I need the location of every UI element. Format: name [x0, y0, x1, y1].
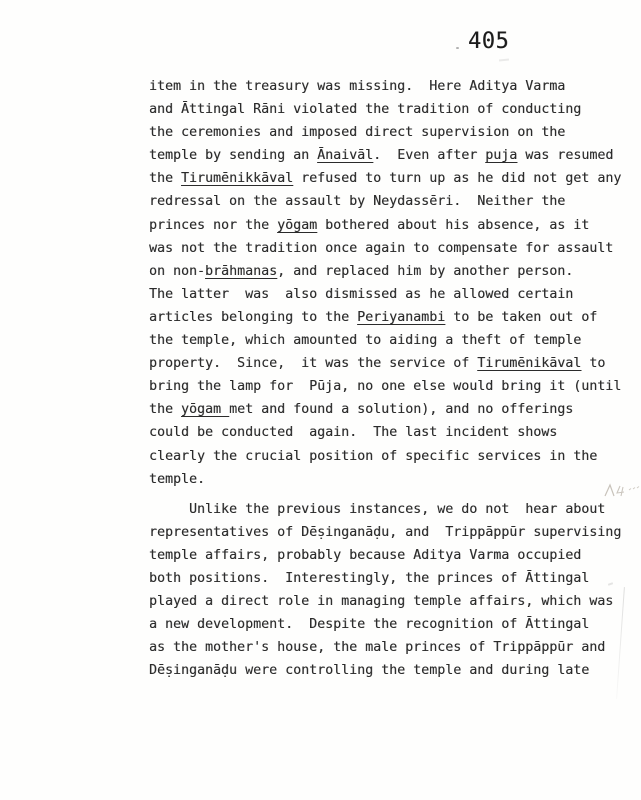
text-line: on non-brāhmanas, and replaced him by an…: [149, 260, 629, 283]
text-segment: The latter was also dismissed as he allo…: [149, 287, 573, 302]
typed-text: item in the treasury was missing. Here A…: [149, 75, 629, 682]
text-line: clearly the crucial position of specific…: [149, 445, 629, 468]
text-segment: the: [149, 171, 181, 186]
pencil-smudge-marks: [603, 481, 641, 505]
text-segment: was not the tradition once again to comp…: [149, 241, 613, 256]
text-segment: redressal on the assault by Neydassēri. …: [149, 194, 565, 209]
text-segment: the ceremonies and imposed direct superv…: [149, 125, 565, 140]
text-segment: representatives of Dēṣinganāḍu, and Trip…: [149, 525, 621, 540]
text-line: the Tirumēnikkāval refused to turn up as…: [149, 167, 629, 190]
text-segment: to be taken out of: [445, 310, 597, 325]
text-segment: as the mother's house, the male princes …: [149, 640, 605, 655]
text-segment: was resumed: [517, 148, 613, 163]
text-segment: temple by sending an: [149, 148, 317, 163]
text-line: Unlike the previous instances, we do not…: [149, 498, 629, 521]
text-line: played a direct role in managing temple …: [149, 590, 629, 613]
text-line: the temple, which amounted to aiding a t…: [149, 329, 629, 352]
underlined-term: Ānaivāl: [317, 148, 373, 163]
underlined-term: Periyanambi: [357, 310, 445, 325]
text-segment: bring the lamp for Pūja, no one else wou…: [149, 379, 621, 394]
text-segment: Dēṣinganāḍu were controlling the temple …: [149, 663, 589, 678]
text-segment: refused to turn up as he did not get any: [293, 171, 621, 186]
paragraph: item in the treasury was missing. Here A…: [149, 75, 629, 491]
text-segment: could be conducted again. The last incid…: [149, 425, 557, 440]
text-segment: princes nor the: [149, 218, 277, 233]
text-segment: property. Since, it was the service of: [149, 356, 477, 371]
text-line: was not the tradition once again to comp…: [149, 237, 629, 260]
underlined-term: yōgam: [181, 402, 229, 417]
scan-edge-line: [616, 587, 625, 699]
scanned-document-page: 405 item in the treasury was missing. He…: [0, 0, 641, 800]
text-segment: articles belonging to the: [149, 310, 357, 325]
text-line: representatives of Dēṣinganāḍu, and Trip…: [149, 521, 629, 544]
text-line: the yōgam met and found a solution), and…: [149, 398, 629, 421]
text-segment: played a direct role in managing temple …: [149, 594, 613, 609]
text-segment: . Even after: [373, 148, 485, 163]
underlined-term: puja: [485, 148, 517, 163]
scan-edge-tick: [608, 582, 613, 586]
text-segment: , and replaced him by another person.: [277, 264, 573, 279]
text-segment: clearly the crucial position of specific…: [149, 449, 597, 464]
text-line: item in the treasury was missing. Here A…: [149, 75, 629, 98]
text-line: as the mother's house, the male princes …: [149, 636, 629, 659]
text-segment: a new development. Despite the recogniti…: [149, 617, 589, 632]
text-line: could be conducted again. The last incid…: [149, 421, 629, 444]
page-number: 405: [468, 31, 509, 53]
text-line: redressal on the assault by Neydassēri. …: [149, 190, 629, 213]
scan-dot-artifact: [456, 47, 459, 49]
text-line: and Āttingal Rāni violated the tradition…: [149, 98, 629, 121]
pencil-smudge-icon: [603, 481, 641, 501]
text-line: temple by sending an Ānaivāl. Even after…: [149, 144, 629, 167]
text-segment: met and found a solution), and no offeri…: [229, 402, 573, 417]
text-segment: item in the treasury was missing. Here A…: [149, 79, 565, 94]
underlined-term: Tirumēnikkāval: [181, 171, 293, 186]
text-line: temple.: [149, 468, 629, 491]
underlined-term: brāhmanas: [205, 264, 277, 279]
text-line: property. Since, it was the service of T…: [149, 352, 629, 375]
text-segment: the: [149, 402, 181, 417]
text-segment: the temple, which amounted to aiding a t…: [149, 333, 581, 348]
text-segment: temple.: [149, 472, 205, 487]
text-line: the ceremonies and imposed direct superv…: [149, 121, 629, 144]
paragraph: Unlike the previous instances, we do not…: [149, 498, 629, 683]
text-segment: on non-: [149, 264, 205, 279]
text-line: princes nor the yōgam bothered about his…: [149, 214, 629, 237]
text-line: temple affairs, probably because Aditya …: [149, 544, 629, 567]
text-line: The latter was also dismissed as he allo…: [149, 283, 629, 306]
text-line: bring the lamp for Pūja, no one else wou…: [149, 375, 629, 398]
text-line: Dēṣinganāḍu were controlling the temple …: [149, 659, 629, 682]
text-segment: both positions. Interestingly, the princ…: [149, 571, 589, 586]
text-segment: temple affairs, probably because Aditya …: [149, 548, 581, 563]
text-segment: Unlike the previous instances, we do not…: [149, 502, 605, 517]
scan-edge-artifact: [608, 583, 628, 703]
text-line: articles belonging to the Periyanambi to…: [149, 306, 629, 329]
underlined-term: yōgam: [277, 218, 317, 233]
text-segment: to: [581, 356, 605, 371]
scan-dash-artifact: [499, 58, 509, 61]
text-segment: bothered about his absence, as it: [317, 218, 589, 233]
text-segment: and Āttingal Rāni violated the tradition…: [149, 102, 581, 117]
text-line: both positions. Interestingly, the princ…: [149, 567, 629, 590]
text-line: a new development. Despite the recogniti…: [149, 613, 629, 636]
underlined-term: Tirumēnikāval: [477, 356, 581, 371]
